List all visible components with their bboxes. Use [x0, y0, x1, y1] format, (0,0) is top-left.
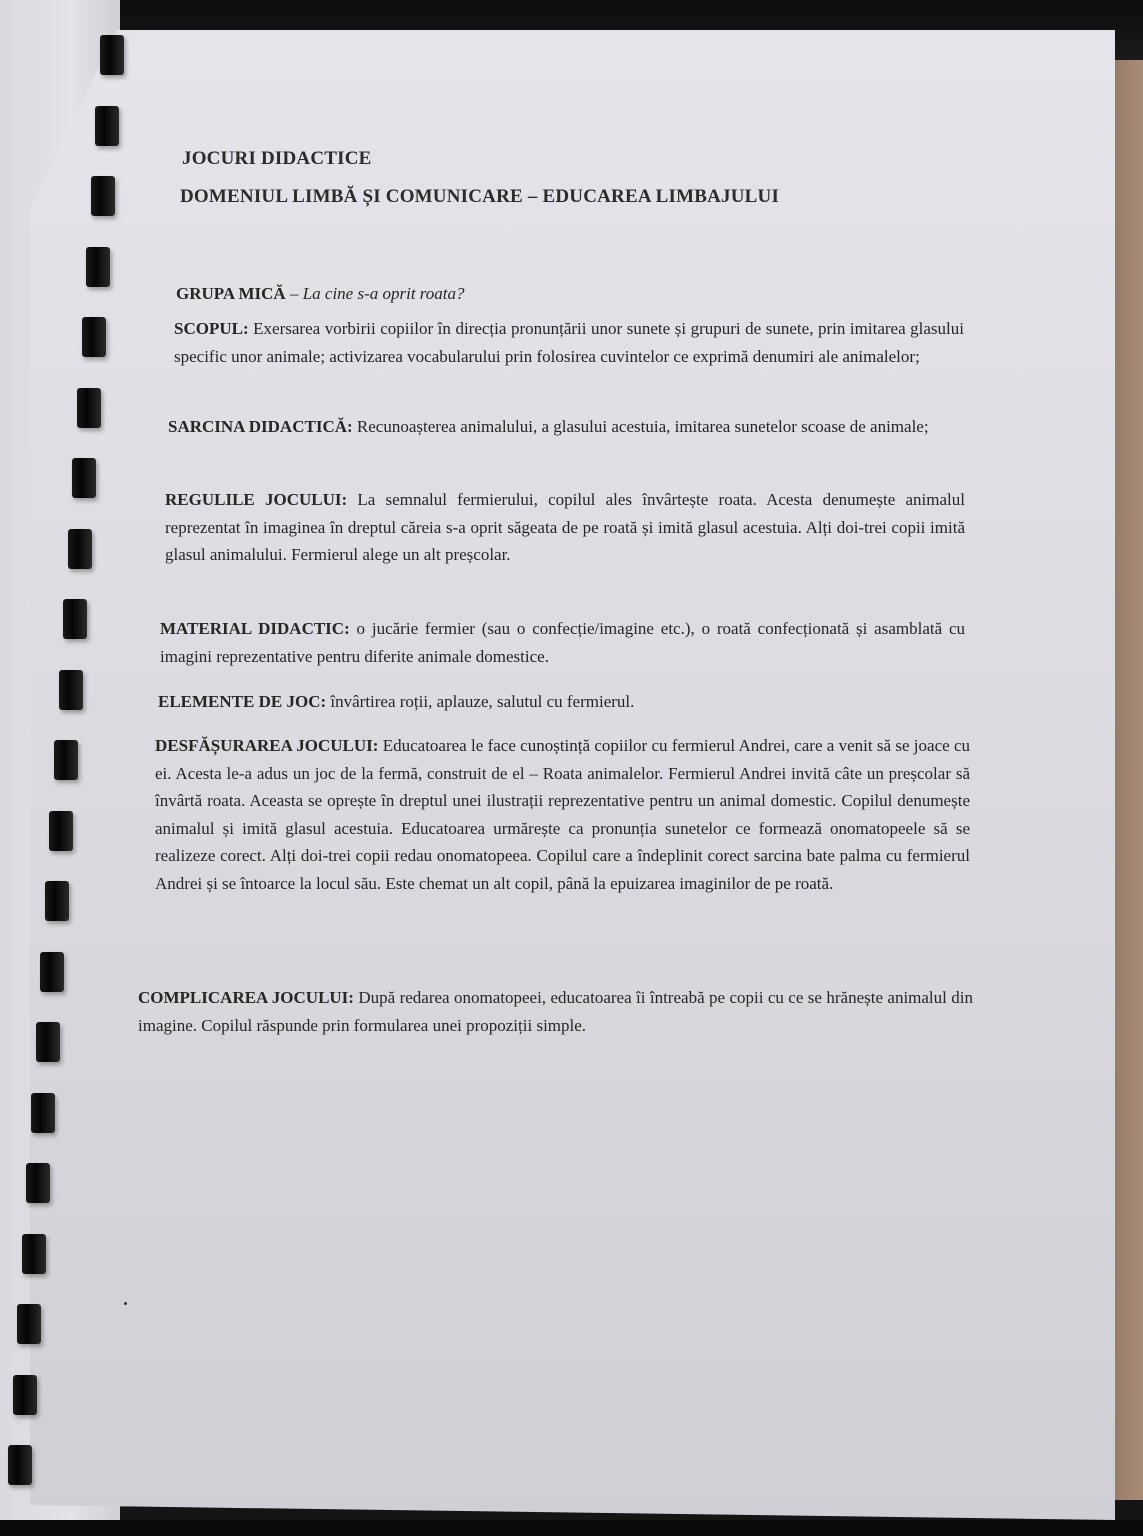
group-label: GRUPA MICĂ — [176, 284, 286, 303]
section-sarcina-didactica: SARCINA DIDACTICĂ: Recunoașterea animalu… — [168, 413, 966, 441]
section-scopul: SCOPUL: Exersarea vorbirii copiilor în d… — [174, 315, 964, 370]
section-text: Exersarea vorbirii copiilor în direcția … — [174, 319, 964, 366]
section-elemente-de-joc: ELEMENTE DE JOC: învârtirea roții, aplau… — [158, 688, 963, 716]
section-material-didactic: MATERIAL DIDACTIC: o jucărie fermier (sa… — [160, 615, 965, 670]
section-label: DESFĂȘURAREA JOCULUI: — [155, 736, 378, 755]
section-regulile-jocului: REGULILE JOCULUI: La semnalul fermierulu… — [165, 486, 965, 569]
group-separator: – — [286, 284, 303, 303]
section-text: Educatoarea le face cunoștință copiilor … — [155, 736, 970, 893]
section-label: COMPLICAREA JOCULUI: — [138, 988, 354, 1007]
game-title: La cine s-a oprit roata? — [303, 284, 465, 303]
section-text: Recunoașterea animalului, a glasului ace… — [353, 417, 929, 436]
section-label: SCOPUL: — [174, 319, 249, 338]
page-content: JOCURI DIDACTICE DOMENIUL LIMBĂ ȘI COMUN… — [0, 0, 1143, 1536]
section-label: MATERIAL DIDACTIC: — [160, 619, 350, 638]
document-subheading: DOMENIUL LIMBĂ ȘI COMUNICARE – EDUCAREA … — [180, 186, 779, 208]
section-desfasurarea-jocului: DESFĂȘURAREA JOCULUI: Educatoarea le fac… — [155, 732, 970, 897]
section-text: învârtirea roții, aplauze, salutul cu fe… — [326, 692, 634, 711]
section-label: REGULILE JOCULUI: — [165, 490, 347, 509]
group-line: GRUPA MICĂ – La cine s-a oprit roata? — [176, 280, 966, 308]
section-label: SARCINA DIDACTICĂ: — [168, 417, 353, 436]
section-complicarea-jocului: COMPLICAREA JOCULUI: După redarea onomat… — [138, 984, 973, 1039]
section-label: ELEMENTE DE JOC: — [158, 692, 326, 711]
document-heading: JOCURI DIDACTICE — [182, 148, 372, 170]
paper-speck — [124, 1302, 127, 1305]
